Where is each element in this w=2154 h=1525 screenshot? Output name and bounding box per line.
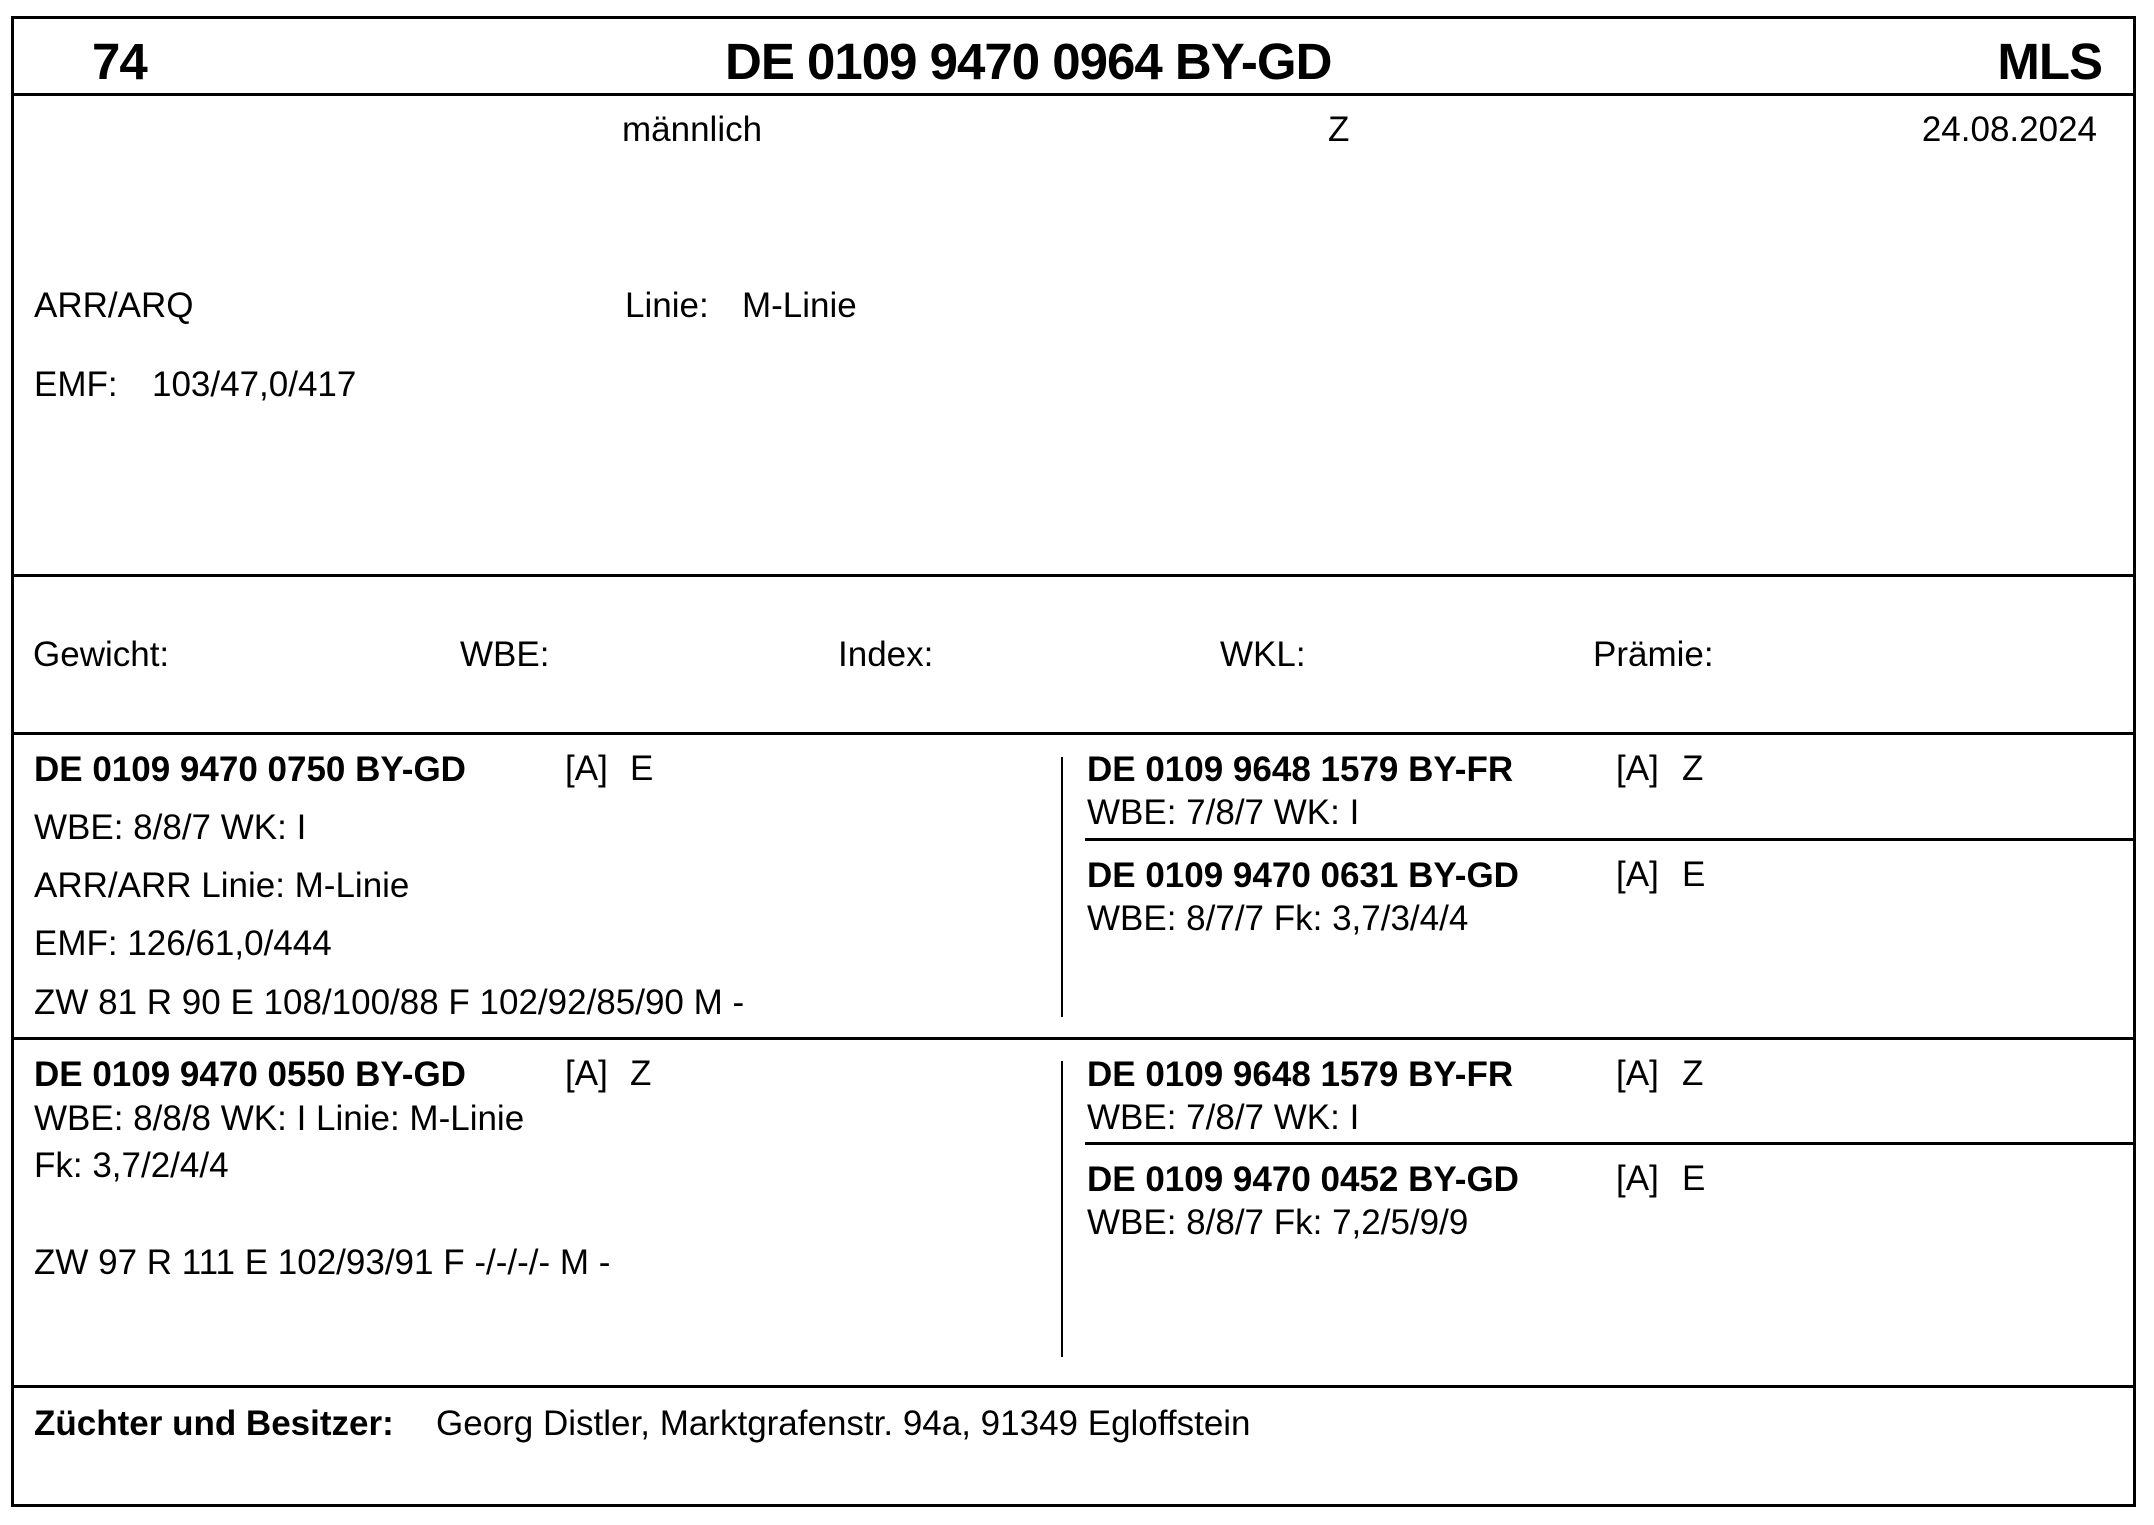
dam-sire-status: Z: [1682, 1056, 1703, 1091]
animal-id: DE 0109 9470 0964 BY-GD: [725, 36, 1331, 87]
breeder-value: Georg Distler, Marktgrafenstr. 94a, 9134…: [436, 1406, 1251, 1441]
sire-dam-status: E: [1682, 857, 1705, 892]
sire-sire-herdbook: [A]: [1616, 751, 1659, 786]
sire-dam-line: WBE: 8/7/7 Fk: 3,7/3/4/4: [1087, 901, 1468, 936]
breeder-label: Züchter und Besitzer:: [34, 1406, 394, 1441]
sire-herdbook: [A]: [565, 751, 608, 786]
sire-sire-status: Z: [1682, 751, 1703, 786]
index-label: Index:: [838, 637, 933, 672]
pedigree-divider: [11, 1037, 2136, 1040]
dam-line: ZW 97 R 111 E 102/93/91 F -/-/-/- M -: [34, 1245, 610, 1280]
dam-column-divider: [1061, 1061, 1063, 1357]
breeder-divider: [11, 1385, 2136, 1388]
genotype: ARR/ARQ: [34, 288, 193, 323]
line-label: Linie:: [625, 288, 709, 323]
status: Z: [1328, 112, 1349, 147]
breed-code: MLS: [1997, 36, 2102, 87]
evaluation-divider: [11, 732, 2136, 735]
sire-line: ARR/ARR Linie: M-Linie: [34, 868, 409, 903]
sire-dam-id: DE 0109 9470 0631 BY-GD: [1087, 858, 1519, 893]
sire-dam-herdbook: [A]: [1616, 857, 1659, 892]
sire-sire-line: WBE: 7/8/7 WK: I: [1087, 795, 1359, 830]
dam-sire-id: DE 0109 9648 1579 BY-FR: [1087, 1057, 1513, 1092]
dam-sire-herdbook: [A]: [1616, 1056, 1659, 1091]
dam-status: Z: [630, 1056, 651, 1091]
dam-herdbook: [A]: [565, 1056, 608, 1091]
sire-sire-id: DE 0109 9648 1579 BY-FR: [1087, 752, 1513, 787]
weight-label: Gewicht:: [33, 637, 169, 672]
dam-line: Fk: 3,7/2/4/4: [34, 1148, 229, 1183]
line-value: M-Linie: [742, 288, 857, 323]
header-divider: [11, 93, 2136, 96]
emf-value: 103/47,0/417: [152, 367, 356, 402]
sire-id: DE 0109 9470 0750 BY-GD: [34, 752, 466, 787]
wbe-label: WBE:: [460, 637, 549, 672]
sire-line: WBE: 8/8/7 WK: I: [34, 810, 306, 845]
sire-line: ZW 81 R 90 E 108/100/88 F 102/92/85/90 M…: [34, 985, 744, 1020]
sex: männlich: [622, 112, 762, 147]
emf-label: EMF:: [34, 367, 118, 402]
sire-column-divider: [1061, 757, 1063, 1017]
dam-line: WBE: 8/8/8 WK: I Linie: M-Linie: [34, 1101, 524, 1136]
premium-label: Prämie:: [1593, 637, 1714, 672]
info-divider: [11, 574, 2136, 577]
dam-dam-line: WBE: 8/8/7 Fk: 7,2/5/9/9: [1087, 1205, 1468, 1240]
sire-line: EMF: 126/61,0/444: [34, 926, 332, 961]
dam-dam-status: E: [1682, 1161, 1705, 1196]
dam-dam-herdbook: [A]: [1616, 1161, 1659, 1196]
dam-dam-id: DE 0109 9470 0452 BY-GD: [1087, 1162, 1519, 1197]
date: 24.08.2024: [1922, 112, 2097, 147]
sire-grandparents-divider: [1085, 838, 2136, 841]
sire-status: E: [630, 751, 653, 786]
wkl-label: WKL:: [1220, 637, 1306, 672]
dam-id: DE 0109 9470 0550 BY-GD: [34, 1057, 466, 1092]
dam-grandparents-divider: [1085, 1142, 2136, 1145]
catalog-number: 74: [92, 36, 147, 87]
dam-sire-line: WBE: 7/8/7 WK: I: [1087, 1100, 1359, 1135]
